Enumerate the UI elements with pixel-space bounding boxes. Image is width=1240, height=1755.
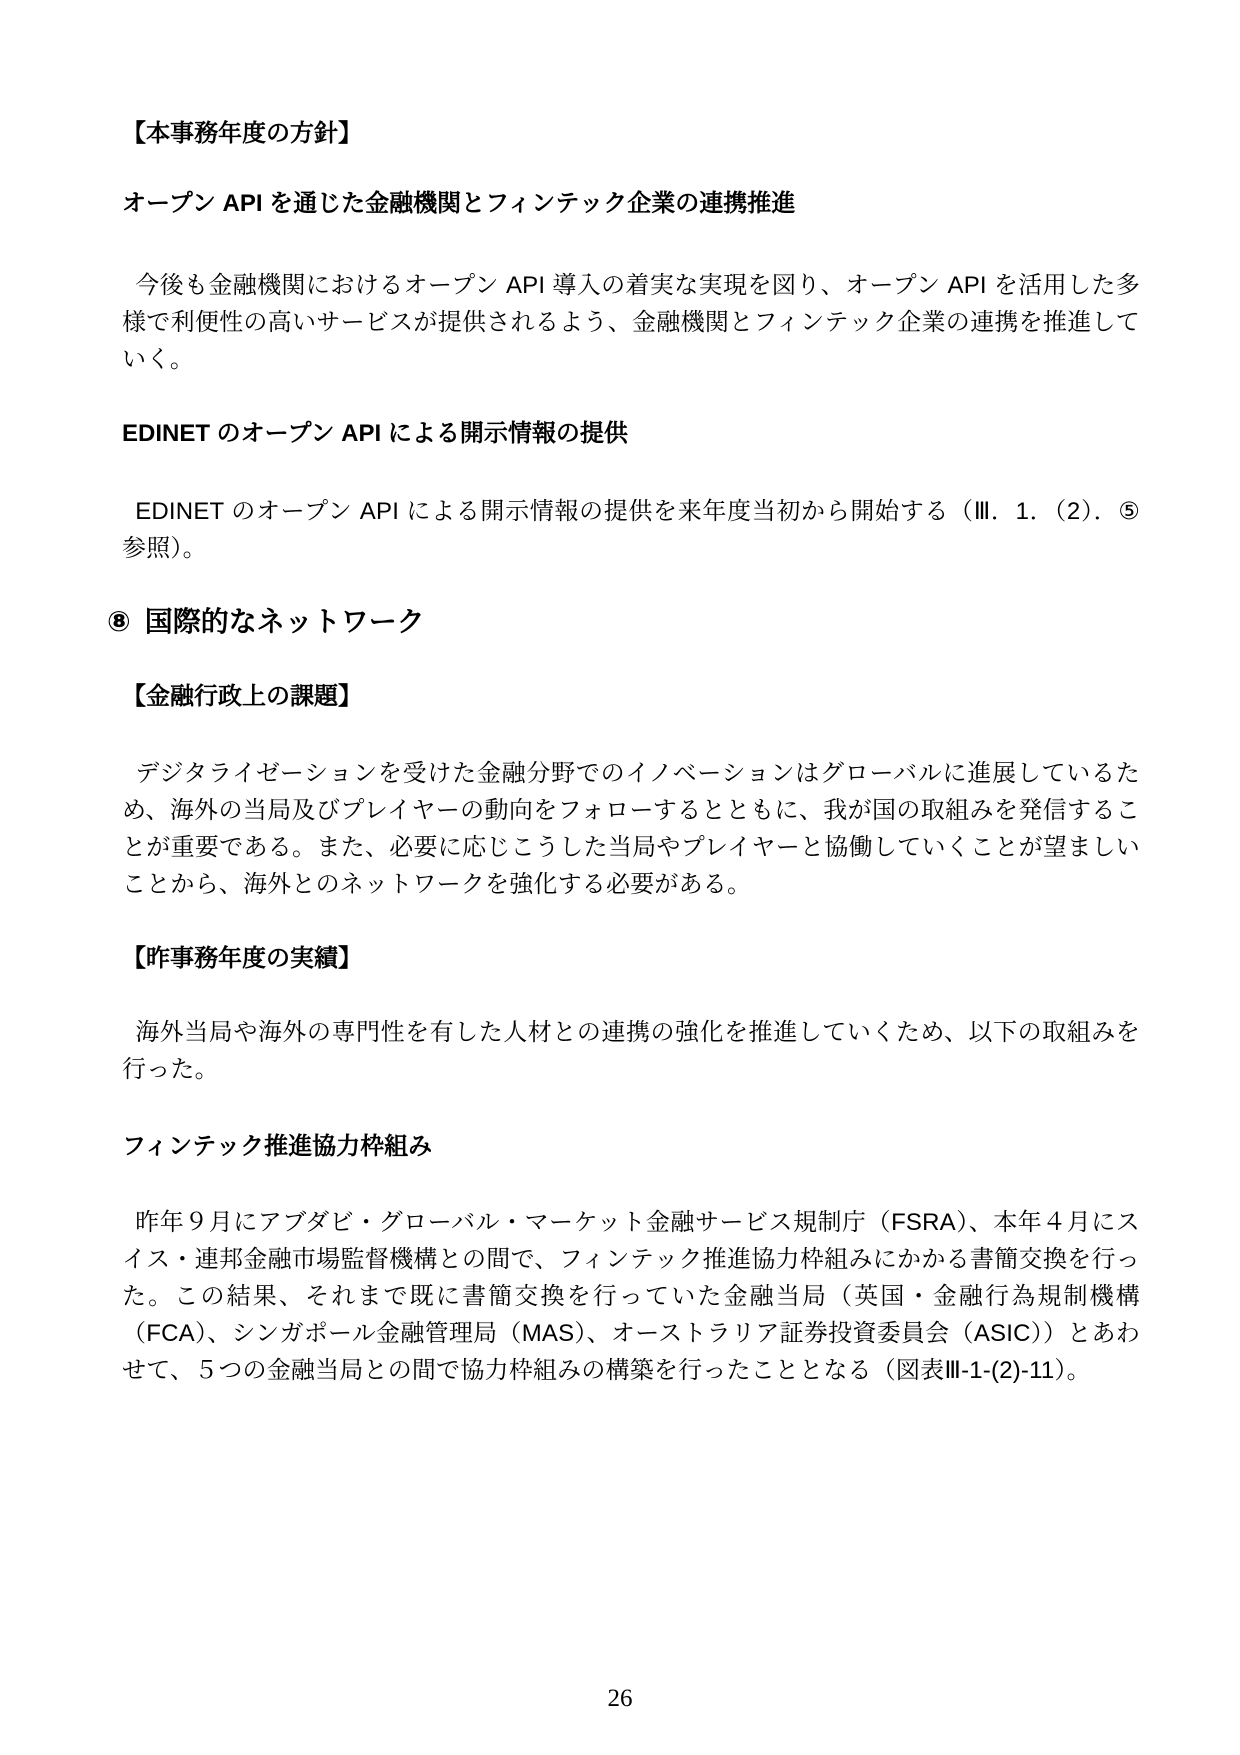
heading-current-year-policy: 【本事務年度の方針】 [122, 115, 1140, 152]
heading-previous-year-results: 【昨事務年度の実績】 [122, 940, 1140, 977]
paragraph-fintech-cooperation-framework: 昨年９月にアブダビ・グローバル・マーケット金融サービス規制庁（FSRA）、本年４… [122, 1204, 1140, 1389]
paragraph-open-api-collaboration: 今後も金融機関におけるオープン API 導入の着実な実現を図り、オープン API… [122, 267, 1140, 378]
paragraph-edinet-open-api: EDINET のオープン API による開示情報の提供を来年度当初から開始する（… [122, 493, 1140, 567]
subheading-fintech-cooperation-framework: フィンテック推進協力枠組み [122, 1128, 1140, 1165]
page-number: 26 [0, 1680, 1240, 1717]
subheading-edinet-open-api: EDINET のオープン API による開示情報の提供 [122, 415, 1140, 452]
paragraph-financial-administration-issues: デジタライゼーションを受けた金融分野でのイノベーションはグローバルに進展している… [122, 755, 1140, 903]
section-number-8: ⑧ [107, 606, 131, 637]
heading-international-network: ⑧国際的なネットワーク [107, 602, 1140, 642]
paragraph-previous-year-results: 海外当局や海外の専門性を有した人材との連携の強化を推進していくため、以下の取組み… [122, 1014, 1140, 1088]
heading-international-network-label: 国際的なネットワーク [145, 606, 425, 637]
document-page: 【本事務年度の方針】 オープン API を通じた金融機関とフィンテック企業の連携… [0, 0, 1240, 1755]
subheading-open-api-collaboration: オープン API を通じた金融機関とフィンテック企業の連携推進 [122, 185, 1140, 222]
heading-financial-administration-issues: 【金融行政上の課題】 [122, 678, 1140, 715]
